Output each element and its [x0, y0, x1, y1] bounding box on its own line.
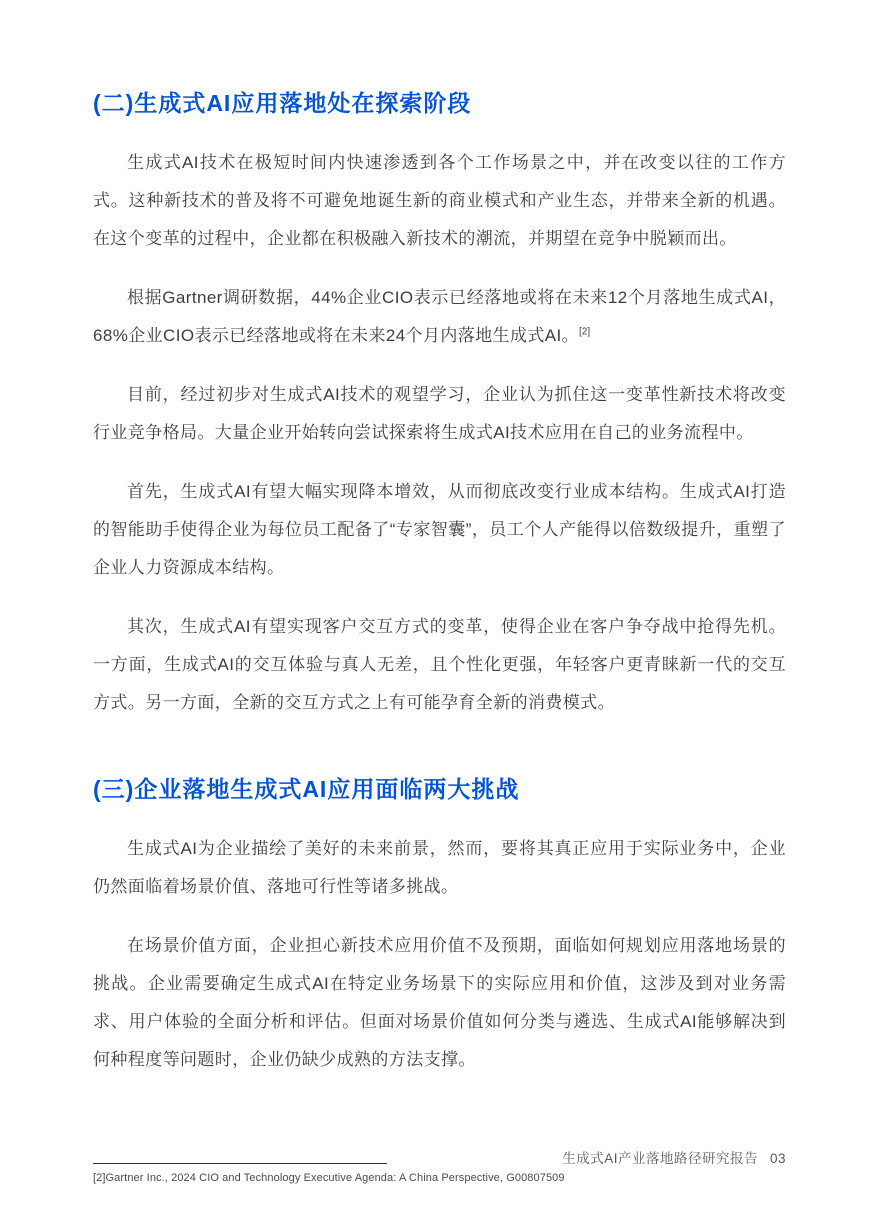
page-number: 03 [770, 1151, 786, 1166]
footnote-text: [2]Gartner Inc., 2024 CIO and Technology… [93, 1172, 565, 1184]
section-heading-3: (三)企业落地生成式AI应用面临两大挑战 [93, 774, 786, 804]
paragraph: 在场景价值方面，企业担心新技术应用价值不及预期，面临如何规划应用落地场景的挑战。… [93, 927, 786, 1079]
paragraph: 生成式AI技术在极短时间内快速渗透到各个工作场景之中，并在改变以往的工作方式。这… [93, 144, 786, 258]
report-title: 生成式AI产业落地路径研究报告 [562, 1147, 758, 1167]
paragraph: 根据Gartner调研数据，44%企业CIO表示已经落地或将在未来12个月落地生… [93, 279, 786, 355]
document-page: (二)生成式AI应用落地处在探索阶段 生成式AI技术在极短时间内快速渗透到各个工… [0, 0, 874, 1228]
footnote-divider [93, 1163, 387, 1164]
page-footer: 生成式AI产业落地路径研究报告 03 [562, 1147, 786, 1167]
section-heading-2: (二)生成式AI应用落地处在探索阶段 [93, 88, 786, 118]
paragraph: 目前，经过初步对生成式AI技术的观望学习，企业认为抓住这一变革性新技术将改变行业… [93, 376, 786, 452]
page-content: (二)生成式AI应用落地处在探索阶段 生成式AI技术在极短时间内快速渗透到各个工… [93, 88, 786, 1079]
paragraph: 生成式AI为企业描绘了美好的未来前景，然而，要将其真正应用于实际业务中，企业仍然… [93, 830, 786, 906]
paragraph-text: 根据Gartner调研数据，44%企业CIO表示已经落地或将在未来12个月落地生… [93, 288, 786, 345]
paragraph: 首先，生成式AI有望大幅实现降本增效，从而彻底改变行业成本结构。生成式AI打造的… [93, 473, 786, 587]
footnote-reference: [2] [579, 326, 590, 337]
paragraph: 其次，生成式AI有望实现客户交互方式的变革，使得企业在客户争夺战中抢得先机。一方… [93, 608, 786, 722]
